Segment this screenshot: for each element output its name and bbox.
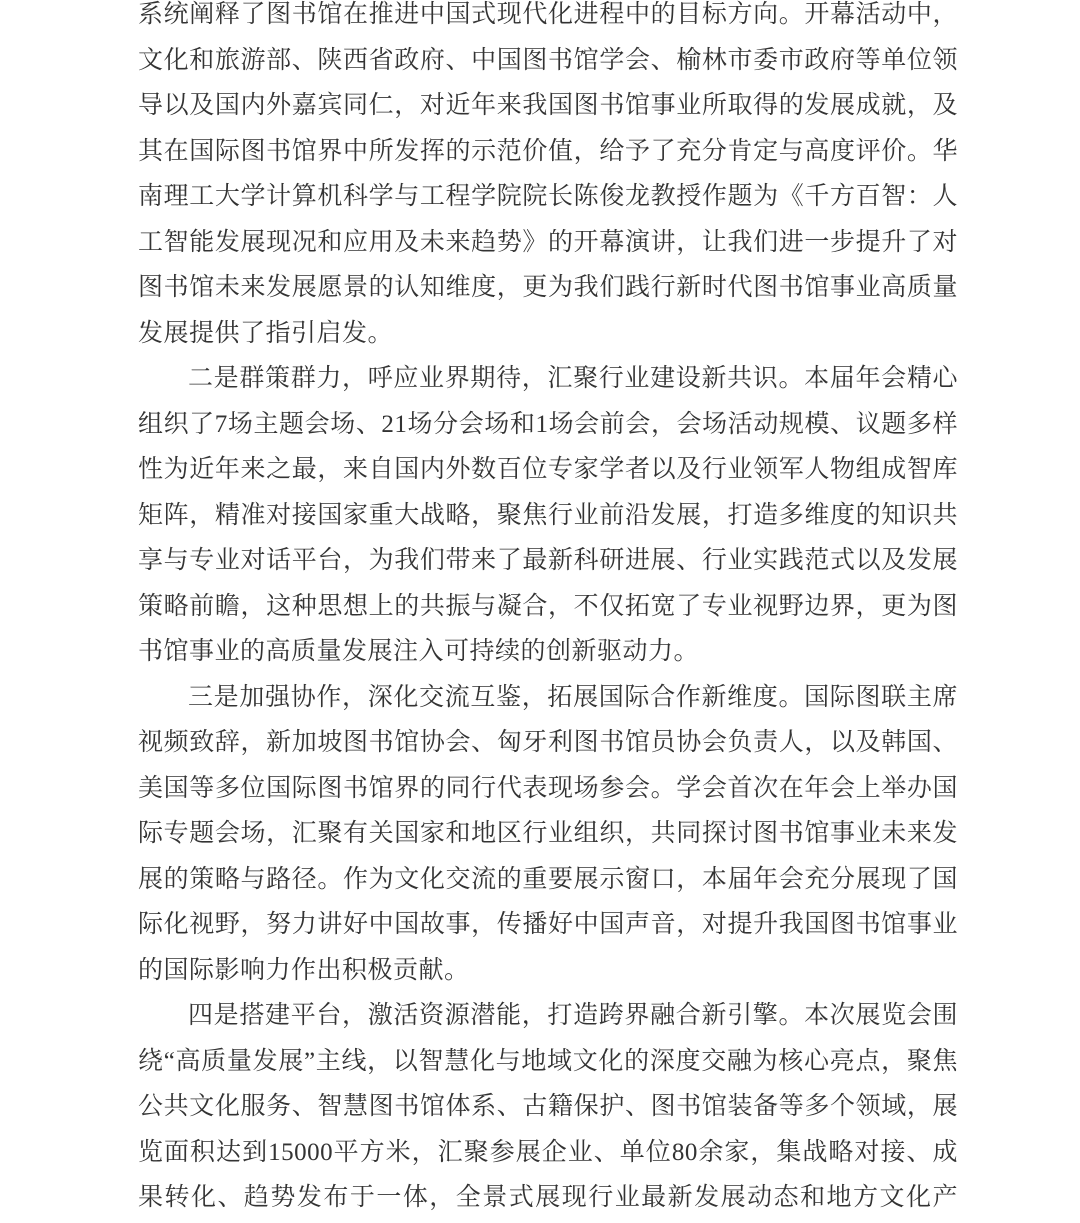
document-page: 系统阐释了图书馆在推进中国式现代化进程中的目标方向。开幕活动中，文化和旅游部、陕… [0, 0, 1080, 1223]
paragraph-point-four: 四是搭建平台，激活资源潜能，打造跨界融合新引擎。本次展览会围绕“高质量发展”主线… [138, 993, 958, 1221]
paragraph-continuation: 系统阐释了图书馆在推进中国式现代化进程中的目标方向。开幕活动中，文化和旅游部、陕… [138, 0, 958, 356]
paragraph-point-two: 二是群策群力，呼应业界期待，汇聚行业建设新共识。本届年会精心组织了7场主题会场、… [138, 356, 958, 675]
paragraph-point-three: 三是加强协作，深化交流互鉴，拓展国际合作新维度。国际图联主席视频致辞，新加坡图书… [138, 675, 958, 994]
